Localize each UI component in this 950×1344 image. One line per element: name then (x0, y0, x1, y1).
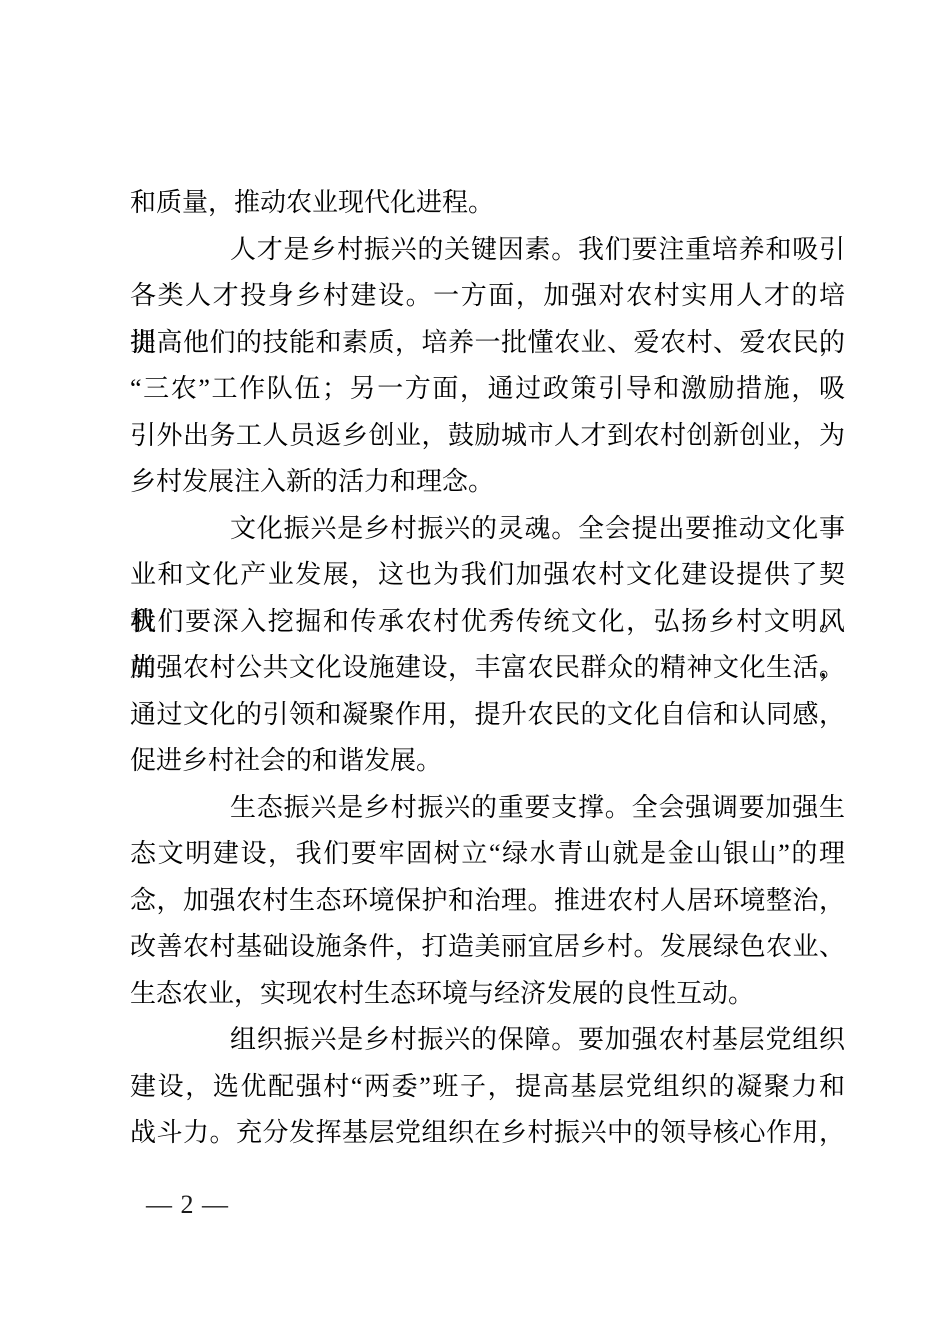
body-line: 提高他们的技能和素质，培养一批懂农业、爱农村、爱农民的 (130, 320, 845, 367)
document-page: 和质量，推动农业现代化进程。人才是乡村振兴的关键因素。我们要注重培养和吸引各类人… (0, 0, 950, 1344)
body-line: 引外出务工人员返乡创业，鼓励城市人才到农村创新创业，为 (130, 413, 845, 460)
body-line: “三农”工作队伍；另一方面，通过政策引导和激励措施，吸 (130, 366, 845, 413)
body-line: 促进乡村社会的和谐发展。 (130, 738, 845, 785)
body-line: 加强农村公共文化设施建设，丰富农民群众的精神文化生活。 (130, 645, 845, 692)
body-line: 生态农业，实现农村生态环境与经济发展的良性互动。 (130, 971, 845, 1018)
body-line: 业和文化产业发展，这也为我们加强农村文化建设提供了契机。 (130, 552, 845, 599)
body-line: 各类人才投身乡村建设。一方面，加强对农村实用人才的培训， (130, 273, 845, 320)
body-line: 念，加强农村生态环境保护和治理。推进农村人居环境整治， (130, 878, 845, 925)
body-line: 和质量，推动农业现代化进程。 (130, 180, 845, 227)
body-line: 组织振兴是乡村振兴的保障。要加强农村基层党组织 (130, 1017, 845, 1064)
document-body: 和质量，推动农业现代化进程。人才是乡村振兴的关键因素。我们要注重培养和吸引各类人… (130, 180, 845, 1157)
body-line: 生态振兴是乡村振兴的重要支撑。全会强调要加强生 (130, 785, 845, 832)
body-line: 我们要深入挖掘和传承农村优秀传统文化，弘扬乡村文明风尚， (130, 599, 845, 646)
body-line: 乡村发展注入新的活力和理念。 (130, 459, 845, 506)
body-line: 通过文化的引领和凝聚作用，提升农民的文化自信和认同感， (130, 692, 845, 739)
body-line: 人才是乡村振兴的关键因素。我们要注重培养和吸引 (130, 227, 845, 274)
body-line: 态文明建设，我们要牢固树立“绿水青山就是金山银山”的理 (130, 831, 845, 878)
body-line: 改善农村基础设施条件，打造美丽宜居乡村。发展绿色农业、 (130, 924, 845, 971)
body-line: 文化振兴是乡村振兴的灵魂。全会提出要推动文化事 (130, 506, 845, 553)
page-number: — 2 — (146, 1190, 229, 1220)
body-line: 建设，选优配强村“两委”班子，提高基层党组织的凝聚力和 (130, 1064, 845, 1111)
body-line: 战斗力。充分发挥基层党组织在乡村振兴中的领导核心作用， (130, 1110, 845, 1157)
